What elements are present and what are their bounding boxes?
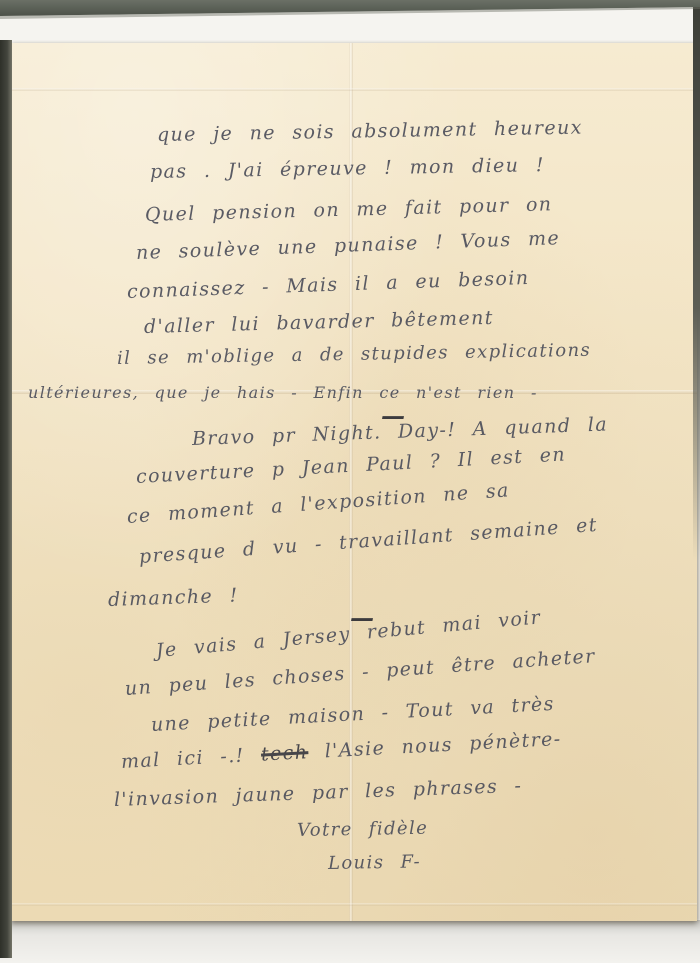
- handwriting-line: Votre fidèle: [297, 818, 429, 841]
- handwriting-segment: l'Asie nous pénètre-: [308, 728, 562, 763]
- handwriting-line: pas . J'ai épreuve ! mon dieu !: [150, 154, 545, 183]
- handwriting-line: mal ici -.! tech l'Asie nous pénètre-: [120, 728, 562, 773]
- handwriting-line: une petite maison - Tout va très: [150, 693, 555, 736]
- handwriting-line: l'invasion jaune par les phrases -: [114, 775, 523, 811]
- handwriting-segment: il se m'oblige a de stupides explication…: [117, 340, 591, 369]
- handwriting-segment: Quel pension on me fait pour on: [145, 193, 553, 226]
- handwriting-segment: Votre fidèle: [297, 818, 429, 841]
- scan-edge-right: [693, 0, 700, 560]
- handwritten-text: que je ne sois absolument heureuxpas . J…: [0, 0, 700, 963]
- handwriting-line: Louis F-: [328, 851, 421, 874]
- handwriting-segment: que je ne sois absolument heureux: [157, 117, 583, 146]
- handwriting-segment: Louis F-: [328, 851, 421, 874]
- handwriting-segment: ce moment a l'exposition ne sa: [126, 479, 510, 528]
- handwriting-line: ne soulève une punaise ! Vous me: [136, 227, 561, 264]
- scan-edge-left: [0, 40, 12, 958]
- handwriting-segment: l'invasion jaune par les phrases -: [114, 775, 523, 811]
- struck-out-word: tech: [260, 741, 308, 765]
- handwriting-segment: connaissez - Mais il a eu besoin: [127, 267, 530, 303]
- handwriting-line: connaissez - Mais il a eu besoin: [127, 267, 530, 303]
- handwriting-segment: dimanche !: [108, 584, 239, 611]
- scanned-letter-page: que je ne sois absolument heureuxpas . J…: [0, 0, 700, 963]
- handwriting-line: dimanche !: [108, 584, 239, 611]
- handwriting-line: il se m'oblige a de stupides explication…: [117, 340, 591, 369]
- handwriting-line: ultérieures, que je hais - Enfin ce n'es…: [28, 383, 538, 402]
- handwriting-line: d'aller lui bavarder bêtement: [144, 307, 494, 338]
- handwriting-segment: ne soulève une punaise ! Vous me: [136, 227, 561, 264]
- handwriting-line: que je ne sois absolument heureux: [157, 117, 583, 146]
- handwriting-segment: pas . J'ai épreuve ! mon dieu !: [150, 154, 545, 183]
- handwriting-line: Quel pension on me fait pour on: [145, 193, 553, 226]
- handwriting-segment: mal ici -.!: [120, 744, 261, 773]
- handwriting-segment: ultérieures, que je hais - Enfin ce n'es…: [28, 383, 538, 402]
- handwriting-line: ce moment a l'exposition ne sa: [126, 479, 510, 528]
- handwriting-segment: une petite maison - Tout va très: [150, 693, 555, 736]
- handwriting-segment: d'aller lui bavarder bêtement: [144, 307, 494, 338]
